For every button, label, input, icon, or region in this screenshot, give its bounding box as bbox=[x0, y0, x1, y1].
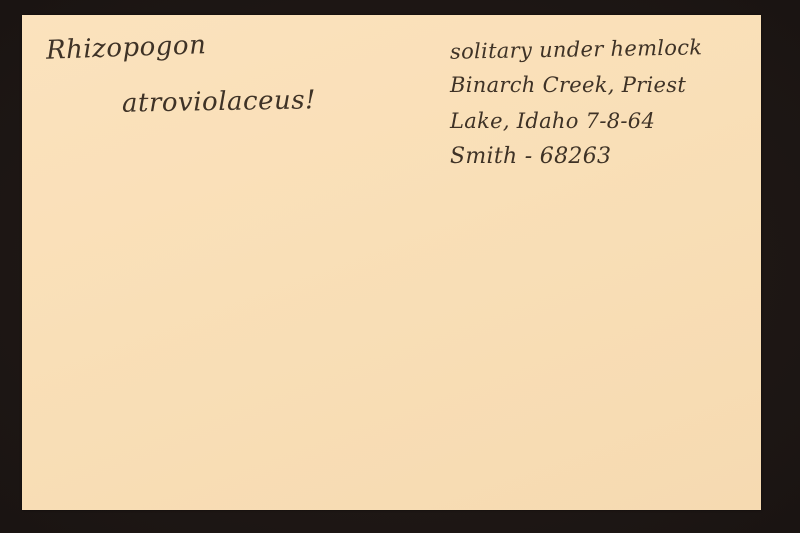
locality-line-2: Lake, Idaho 7-8-64 bbox=[450, 103, 760, 139]
locality-line-1: Binarch Creek, Priest bbox=[450, 67, 760, 103]
specimen-label-card: Rhizopogon atroviolaceus! solitary under… bbox=[22, 15, 761, 510]
collector-number: Smith - 68263 bbox=[450, 139, 760, 175]
species-epithet: atroviolaceus! bbox=[122, 85, 316, 118]
genus-name: Rhizopogon bbox=[46, 30, 207, 66]
habitat-note: solitary under hemlock bbox=[450, 28, 761, 69]
collection-notes: solitary under hemlock Binarch Creek, Pr… bbox=[450, 31, 760, 175]
